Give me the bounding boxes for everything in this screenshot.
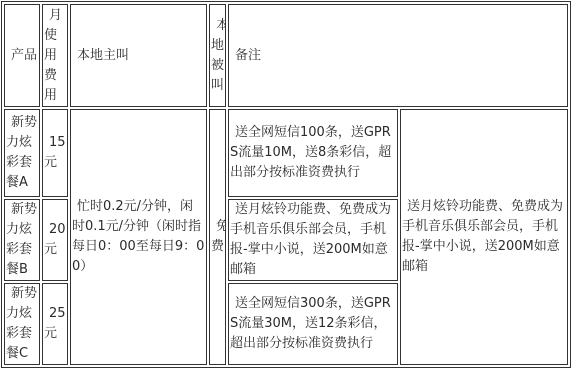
table-row-plan-a: 新势力炫彩套餐A 15元 忙时0.2元/分钟，闲时0.1元/分钟（闲时指每日0：… bbox=[4, 109, 568, 197]
header-local-called-cell: 本地被叫 bbox=[209, 4, 226, 107]
header-row: 产品 月使用费用 本地主叫 本地被叫 备注 bbox=[4, 4, 568, 107]
remark-cell-plan-c: 送全网短信300条，送GPRS流量30M，送12条彩信，超出部分按标准资费执行 bbox=[228, 283, 398, 365]
product-cell-plan-b: 新势力炫彩套餐B bbox=[4, 199, 40, 281]
remark-cell-plan-a: 送全网短信100条，送GPRS流量10M，送8条彩信，超出部分按标准资费执行 bbox=[228, 109, 398, 197]
calling-rate-cell: 忙时0.2元/分钟，闲时0.1元/分钟（闲时指每日0：00至每日9：00） bbox=[70, 109, 207, 365]
header-local-calling-cell: 本地主叫 bbox=[70, 4, 207, 107]
header-product-cell: 产品 bbox=[4, 4, 40, 107]
fee-cell-plan-b: 20元 bbox=[42, 199, 68, 281]
product-cell-plan-c: 新势力炫彩套餐C bbox=[4, 283, 40, 365]
called-free-cell: 免费 bbox=[209, 109, 226, 365]
remark-cell-plan-b: 送月炫铃功能费、免费成为手机音乐俱乐部会员，手机报-掌中小说，送200M如意邮箱 bbox=[228, 199, 398, 281]
fee-cell-plan-c: 25元 bbox=[42, 283, 68, 365]
header-monthly-fee-cell: 月使用费用 bbox=[42, 4, 68, 107]
shared-remark-cell: 送月炫铃功能费、免费成为手机音乐俱乐部会员，手机报-掌中小说，送200M如意邮箱 bbox=[400, 109, 568, 365]
header-remark-cell: 备注 bbox=[228, 4, 568, 107]
fee-cell-plan-a: 15元 bbox=[42, 109, 68, 197]
product-cell-plan-a: 新势力炫彩套餐A bbox=[4, 109, 40, 197]
tariff-table: 产品 月使用费用 本地主叫 本地被叫 备注 新势力炫彩套餐A 15元 忙时0.2… bbox=[1, 1, 571, 368]
